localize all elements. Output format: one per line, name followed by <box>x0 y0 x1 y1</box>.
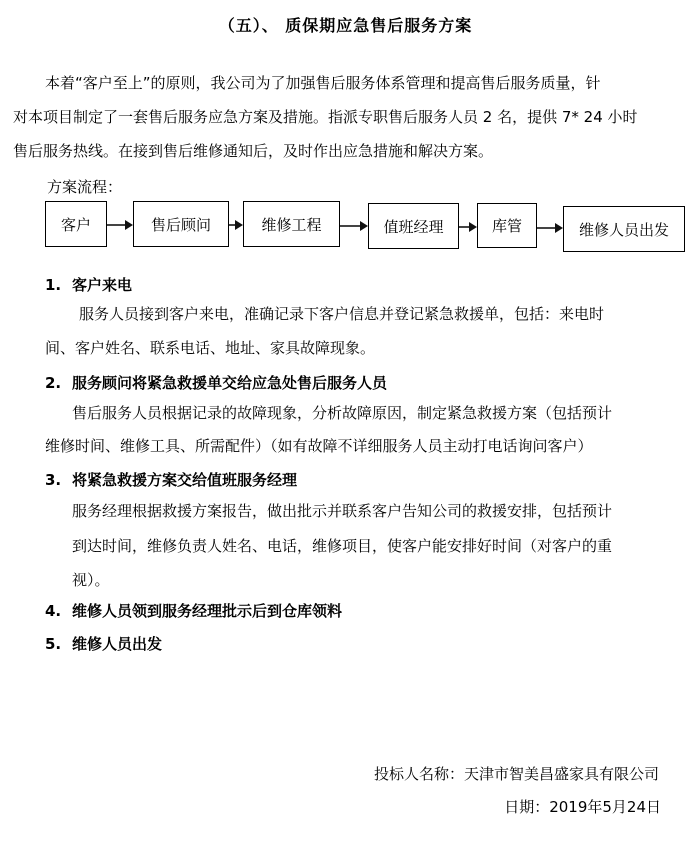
section-title: 服务顾问将紧急救援单交给应急处售后服务人员 <box>72 374 387 392</box>
intro-line-1: 本着“客户至上”的原则，我公司为了加强售后服务体系管理和提高售后服务质量，针 <box>45 66 601 100</box>
section-2-line-2: 维修时间、维修工具、所需配件）（如有故障不详细服务人员主动打电话询问客户） <box>45 429 593 463</box>
flow-step-advisor: 售后顾问 <box>133 201 229 247</box>
intro-line-3: 售后服务热线。在接到售后维修通知后，及时作出应急措施和解决方案。 <box>13 134 493 168</box>
arrow-icon <box>537 227 561 229</box>
section-3-line-1: 服务经理根据救援方案报告，做出批示并联系客户告知公司的救援安排，包括预计 <box>72 494 612 528</box>
arrow-icon <box>229 224 241 226</box>
section-title: 维修人员出发 <box>72 635 162 653</box>
section-3-line-3: 视）。 <box>72 563 110 597</box>
flow-step-label: 值班经理 <box>383 216 443 237</box>
flow-label: 方案流程： <box>47 176 122 197</box>
bidder-name: 投标人名称：天津市智美昌盛家具有限公司 <box>374 763 659 784</box>
flow-step-label: 维修工程 <box>261 214 321 235</box>
flow-step-engineering: 维修工程 <box>243 201 340 247</box>
section-number: 1. <box>45 276 72 294</box>
flow-step-label: 维修人员出发 <box>579 219 669 240</box>
section-heading-2: 2.服务顾问将紧急救援单交给应急处售后服务人员 <box>45 372 387 393</box>
flow-step-label: 库管 <box>492 215 522 236</box>
document-date: 日期：2019年5月24日 <box>504 796 661 817</box>
flow-step-label: 售后顾问 <box>151 214 211 235</box>
section-title: 客户来电 <box>72 276 132 294</box>
section-1-line-1: 服务人员接到客户来电，准确记录下客户信息并登记紧急救援单，包括：来电时 <box>79 297 604 331</box>
section-3-line-2: 到达时间，维修负责人姓名、电话，维修项目，使客户能安排好时间（对客户的重 <box>72 529 612 563</box>
arrow-icon <box>340 225 366 227</box>
section-heading-4: 4.维修人员领到服务经理批示后到仓库领料 <box>45 600 342 621</box>
section-number: 4. <box>45 602 72 620</box>
section-heading-5: 5.维修人员出发 <box>45 633 162 654</box>
page-title: （五）、 质保期应急售后服务方案 <box>0 13 691 36</box>
section-heading-1: 1.客户来电 <box>45 274 132 295</box>
section-title: 将紧急救援方案交给值班服务经理 <box>72 471 297 489</box>
section-number: 5. <box>45 635 72 653</box>
flow-step-dispatch: 维修人员出发 <box>563 206 685 252</box>
arrow-icon <box>107 224 131 226</box>
section-title: 维修人员领到服务经理批示后到仓库领料 <box>72 602 342 620</box>
intro-line-2: 对本项目制定了一套售后服务应急方案及措施。指派专职售后服务人员 2 名，提供 7… <box>13 100 638 134</box>
flow-step-label: 客户 <box>61 214 91 235</box>
section-number: 2. <box>45 374 72 392</box>
flow-step-customer: 客户 <box>45 201 107 247</box>
section-1-line-2: 间、客户姓名、联系电话、地址、家具故障现象。 <box>45 331 375 365</box>
flow-step-warehouse: 库管 <box>477 203 537 248</box>
section-2-line-1: 售后服务人员根据记录的故障现象，分析故障原因，制定紧急救援方案（包括预计 <box>72 396 612 430</box>
arrow-icon <box>459 226 475 228</box>
section-heading-3: 3.将紧急救援方案交给值班服务经理 <box>45 469 297 490</box>
flow-step-duty-manager: 值班经理 <box>368 203 459 249</box>
section-number: 3. <box>45 471 72 489</box>
